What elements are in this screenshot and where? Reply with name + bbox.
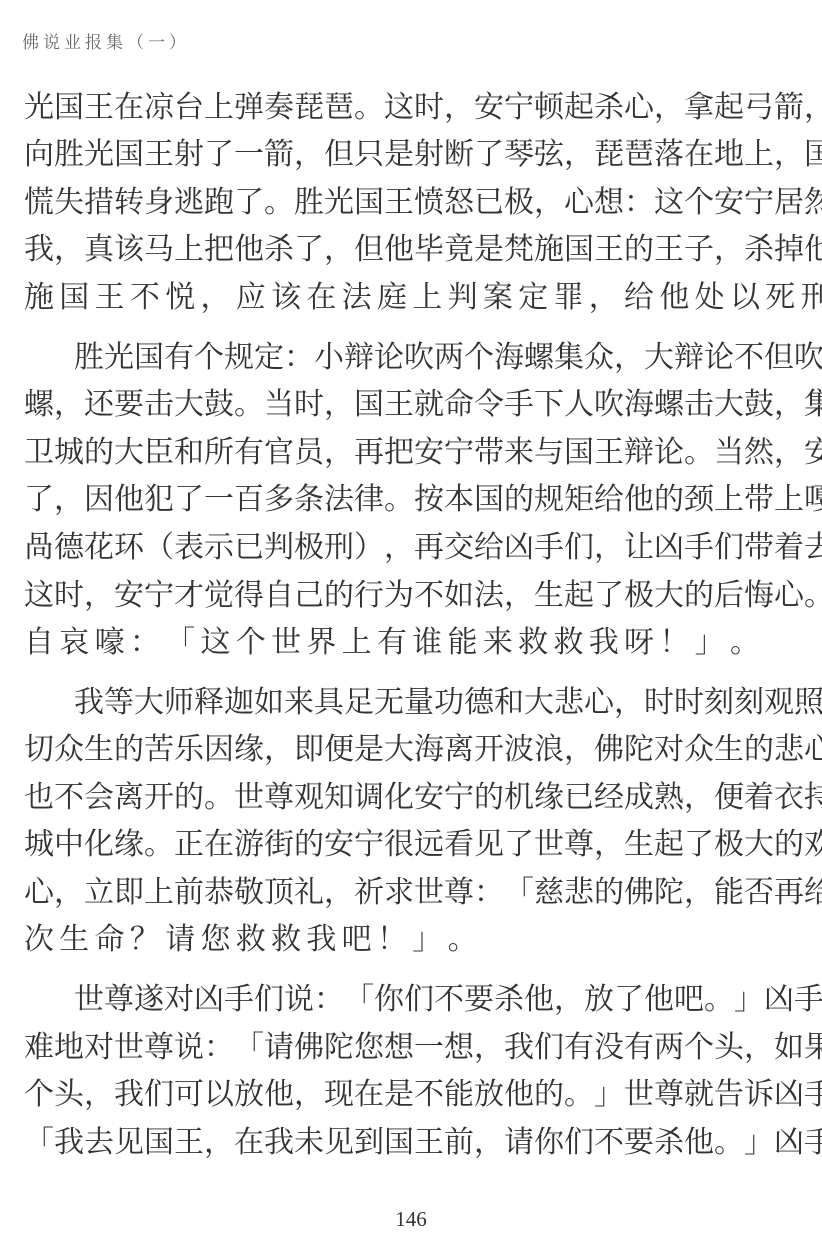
glyph: 一 [204, 480, 234, 520]
glyph: 命 [95, 920, 125, 960]
glyph: 正 [174, 825, 204, 865]
glyph: 杀 [654, 1123, 684, 1163]
glyph: 失 [54, 183, 84, 223]
glyph: 有 [234, 433, 264, 473]
glyph: 尊 [564, 825, 594, 865]
glyph: 王 [414, 1123, 444, 1163]
glyph: 机 [504, 778, 534, 818]
glyph: 以 [204, 1075, 234, 1115]
glyph: ： [204, 1028, 234, 1068]
glyph: 螺 [654, 385, 684, 425]
glyph: 诉 [744, 1075, 774, 1115]
glyph: 不 [434, 980, 464, 1020]
glyph: 王 [84, 88, 114, 128]
glyph: 的 [624, 230, 654, 270]
glyph: ， [714, 230, 744, 270]
glyph: 这 [654, 183, 684, 223]
glyph: 辩 [624, 433, 654, 473]
text-line: 城中化缘。正在游街的安宁很远看见了世尊，生起了极大的欢喜 [24, 825, 802, 865]
glyph: 在 [306, 278, 336, 318]
glyph: 极 [504, 183, 534, 223]
glyph: 开 [144, 778, 174, 818]
glyph: 上 [144, 873, 174, 913]
glyph: 琶 [624, 135, 654, 175]
glyph: 再 [354, 433, 384, 473]
glyph: 他 [644, 980, 674, 1020]
running-header: 佛说业报集（一） [22, 28, 190, 53]
glyph: 毕 [414, 230, 444, 270]
glyph: 这 [384, 88, 414, 128]
glyph: 在 [354, 1075, 384, 1115]
glyph: 刻 [704, 683, 734, 723]
glyph: 生 [624, 825, 654, 865]
glyph: 浪 [534, 730, 564, 770]
glyph: 自 [264, 576, 294, 616]
glyph: 他 [504, 1075, 534, 1115]
glyph: 和 [174, 433, 204, 473]
glyph: 自 [24, 623, 54, 663]
glyph: 们 [254, 980, 284, 1020]
glyph: 没 [594, 1028, 624, 1068]
glyph: ， [684, 873, 714, 913]
glyph: 就 [684, 1075, 714, 1115]
glyph: 观 [764, 683, 794, 723]
glyph: 前 [444, 1123, 474, 1163]
glyph: 的 [324, 576, 354, 616]
glyph: 的 [774, 825, 804, 865]
glyph: 他 [624, 480, 654, 520]
glyph: 上 [714, 480, 744, 520]
glyph: 击 [144, 385, 174, 425]
glyph: 按 [414, 480, 444, 520]
glyph: 尊 [264, 778, 294, 818]
text-line: 也不会离开的。世尊观知调化安宁的机缘已经成熟，便着衣持钵去 [24, 778, 802, 818]
glyph: 令 [474, 385, 504, 425]
glyph: 次 [24, 920, 54, 960]
glyph: 。 [804, 576, 822, 616]
glyph: ， [324, 873, 354, 913]
glyph: 王 [174, 1123, 204, 1163]
glyph: 化 [84, 825, 114, 865]
glyph: 生 [84, 730, 114, 770]
glyph: 救 [236, 920, 266, 960]
glyph: 定 [254, 338, 284, 378]
glyph: 给 [594, 480, 624, 520]
glyph: 多 [264, 480, 294, 520]
glyph: 上 [174, 230, 204, 270]
glyph: 来 [284, 683, 314, 723]
glyph: 了 [594, 576, 624, 616]
glyph: 鼓 [744, 385, 774, 425]
glyph: 头 [714, 1028, 744, 1068]
glyph: 罪 [553, 278, 583, 318]
glyph: ： [474, 873, 504, 913]
glyph: 国 [564, 230, 594, 270]
glyph: 跑 [204, 183, 234, 223]
glyph: 吹 [594, 385, 624, 425]
glyph: 的 [684, 576, 714, 616]
glyph: 上 [342, 623, 372, 663]
glyph: 小 [314, 338, 344, 378]
glyph: 悲 [554, 683, 584, 723]
glyph: 吹 [404, 338, 434, 378]
glyph: 佛 [594, 730, 624, 770]
glyph: 他 [264, 1075, 294, 1115]
glyph: 王 [384, 385, 414, 425]
glyph: 大 [744, 825, 774, 865]
glyph: 世 [234, 778, 264, 818]
glyph: ， [324, 385, 354, 425]
glyph: 手 [224, 980, 254, 1020]
glyph: 己 [294, 576, 324, 616]
glyph: 琶 [324, 88, 354, 128]
glyph: 大 [644, 338, 674, 378]
glyph: 迦 [224, 683, 254, 723]
text-line: 螺，还要击大鼓。当时，国王就命令手下人吹海螺击大鼓，集中舍 [24, 385, 802, 425]
glyph: 果 [804, 1028, 822, 1068]
glyph: 掉 [774, 230, 804, 270]
glyph: 胜 [74, 338, 104, 378]
glyph: 刑 [801, 278, 822, 318]
glyph: 功 [434, 683, 464, 723]
glyph: 难 [24, 1028, 54, 1068]
glyph: 论 [374, 338, 404, 378]
glyph: 。 [264, 183, 294, 223]
glyph: 上 [774, 480, 804, 520]
glyph: 宁 [444, 778, 474, 818]
glyph: 示 [204, 528, 234, 568]
glyph: 真 [84, 230, 114, 270]
glyph: 只 [354, 135, 384, 175]
glyph: ， [654, 88, 684, 128]
glyph: 身 [144, 183, 174, 223]
glyph: 凶 [774, 1075, 804, 1115]
glyph: 不 [130, 278, 160, 318]
glyph: 大 [384, 730, 414, 770]
glyph: 的 [474, 778, 504, 818]
glyph: 集 [804, 385, 822, 425]
glyph: 想 [384, 1028, 414, 1068]
glyph: 足 [344, 683, 374, 723]
glyph: 射 [174, 135, 204, 175]
glyph: ， [84, 1075, 114, 1115]
glyph: 王 [594, 230, 624, 270]
glyph: 生 [59, 920, 89, 960]
glyph: ， [614, 683, 644, 723]
glyph: 起 [564, 88, 594, 128]
glyph: 去 [804, 528, 822, 568]
text-line: 我等大师释迦如来具足无量功德和大悲心，时时刻刻观照着一 [74, 683, 802, 723]
glyph: 向 [24, 135, 54, 175]
glyph: 您 [354, 1028, 384, 1068]
glyph: 众 [684, 730, 714, 770]
glyph: 了 [684, 825, 714, 865]
glyph: 」 [734, 980, 764, 1020]
glyph: 经 [594, 778, 624, 818]
glyph: 我 [504, 1028, 534, 1068]
glyph: 应 [236, 278, 266, 318]
glyph: ： [624, 183, 654, 223]
glyph: 奏 [264, 88, 294, 128]
text-line: 慌失措转身逃跑了。胜光国王愤怒已极，心想：这个安宁居然要杀 [24, 183, 802, 223]
glyph: 安 [714, 183, 744, 223]
glyph: 凉 [144, 88, 174, 128]
glyph: 处 [695, 278, 725, 318]
glyph: 。 [684, 433, 714, 473]
glyph: ， [264, 730, 294, 770]
glyph: 也 [24, 778, 54, 818]
glyph: 带 [474, 433, 504, 473]
glyph: 的 [534, 1075, 564, 1115]
glyph: 时 [294, 385, 324, 425]
glyph: 德 [464, 683, 494, 723]
glyph: 我 [264, 1123, 294, 1163]
glyph: 箭 [264, 135, 294, 175]
glyph: 欢 [804, 825, 822, 865]
glyph: 照 [794, 683, 822, 723]
glyph: 世 [414, 873, 444, 913]
glyph: 大 [714, 385, 744, 425]
glyph: 悲 [774, 730, 804, 770]
glyph: 就 [414, 385, 444, 425]
glyph: 愤 [414, 183, 444, 223]
glyph: 们 [714, 528, 744, 568]
glyph: 有 [377, 623, 407, 663]
glyph: 我 [24, 230, 54, 270]
glyph: 逃 [174, 183, 204, 223]
glyph: 当 [714, 433, 744, 473]
glyph: 台 [174, 88, 204, 128]
glyph: 员 [294, 433, 324, 473]
glyph: 案 [483, 278, 513, 318]
glyph: 刻 [734, 683, 764, 723]
glyph: 救 [553, 623, 583, 663]
glyph: 知 [324, 778, 354, 818]
glyph: 现 [324, 1075, 354, 1115]
glyph: 开 [474, 730, 504, 770]
glyph: 悔 [744, 576, 774, 616]
glyph: 行 [354, 576, 384, 616]
glyph: 凶 [774, 1123, 804, 1163]
glyph: 不 [414, 576, 444, 616]
glyph: 凶 [504, 528, 534, 568]
glyph: 你 [534, 1123, 564, 1163]
glyph: 「 [165, 623, 195, 663]
glyph: 街 [264, 825, 294, 865]
glyph: 官 [264, 433, 294, 473]
glyph: 光 [104, 338, 134, 378]
glyph: 该 [271, 278, 301, 318]
glyph: 吧 [342, 920, 372, 960]
glyph: 祈 [354, 873, 384, 913]
glyph: 个 [684, 1028, 714, 1068]
glyph: 心 [564, 183, 594, 223]
glyph: 礼 [294, 873, 324, 913]
glyph: 我 [589, 623, 619, 663]
glyph: 宁 [444, 433, 474, 473]
glyph: 海 [494, 338, 524, 378]
glyph: 大 [174, 385, 204, 425]
glyph: 看 [444, 825, 474, 865]
glyph: 与 [534, 433, 564, 473]
glyph: 师 [164, 683, 194, 723]
glyph: 国 [354, 183, 384, 223]
text-line: 切众生的苦乐因缘，即便是大海离开波浪，佛陀对众生的悲心刹那 [24, 730, 802, 770]
glyph: 可 [174, 1075, 204, 1115]
glyph: 刑 [324, 528, 354, 568]
glyph: 要 [624, 1123, 654, 1163]
glyph: 敬 [234, 873, 264, 913]
glyph: 告 [714, 1075, 744, 1115]
glyph: 想 [444, 1028, 474, 1068]
glyph: 们 [144, 1075, 174, 1115]
glyph: 能 [444, 1075, 474, 1115]
glyph: 矩 [564, 480, 594, 520]
glyph: 时 [54, 576, 84, 616]
glyph: 安 [324, 825, 354, 865]
glyph: 琵 [594, 135, 624, 175]
glyph: 无 [374, 683, 404, 723]
glyph: 具 [314, 683, 344, 723]
glyph: 箭 [774, 88, 804, 128]
glyph: ， [384, 528, 414, 568]
glyph: 心 [624, 88, 654, 128]
glyph: 辩 [674, 338, 704, 378]
glyph: 施 [534, 230, 564, 270]
glyph: 顿 [534, 88, 564, 128]
glyph: 犯 [144, 480, 174, 520]
text-line: 胜光国有个规定：小辩论吹两个海螺集众，大辩论不但吹海 [74, 338, 802, 378]
glyph: 陀 [624, 730, 654, 770]
glyph: 国 [804, 135, 822, 175]
glyph: 已 [474, 183, 504, 223]
glyph: 安 [804, 433, 822, 473]
glyph: 的 [114, 730, 144, 770]
glyph: 要 [464, 980, 494, 1020]
glyph: 有 [624, 1028, 654, 1068]
glyph: 我 [114, 1075, 144, 1115]
glyph: 缘 [114, 825, 144, 865]
glyph: 说 [284, 980, 314, 1020]
glyph: 在 [204, 825, 234, 865]
glyph: 起 [654, 825, 684, 865]
glyph: 我 [54, 1123, 84, 1163]
glyph: 但 [324, 135, 354, 175]
glyph: 时 [414, 88, 444, 128]
glyph: 环 [114, 528, 144, 568]
glyph: 光 [24, 88, 54, 128]
glyph: 百 [234, 480, 264, 520]
glyph: 请 [264, 1028, 294, 1068]
glyph: 杀 [264, 230, 294, 270]
glyph: 未 [294, 1123, 324, 1163]
glyph: 」 [744, 1123, 774, 1163]
glyph: 悲 [564, 873, 594, 913]
glyph: 对 [164, 980, 194, 1020]
glyph: 手 [684, 528, 714, 568]
glyph: 竟 [444, 230, 474, 270]
glyph: ， [589, 278, 619, 318]
glyph: 已 [234, 528, 264, 568]
glyph: 缘 [234, 730, 264, 770]
glyph: 但 [764, 338, 794, 378]
glyph: ， [294, 1075, 324, 1115]
glyph: 在 [114, 88, 144, 128]
glyph: 一 [414, 1028, 444, 1068]
glyph: 界 [306, 623, 336, 663]
glyph: 们 [404, 980, 434, 1020]
glyph: ， [324, 433, 354, 473]
glyph: 时 [644, 683, 674, 723]
glyph: 胜 [294, 183, 324, 223]
glyph: 王 [144, 135, 174, 175]
glyph: 和 [494, 683, 524, 723]
glyph: 后 [714, 576, 744, 616]
glyph: ： [130, 623, 160, 663]
glyph: 杀 [494, 980, 524, 1020]
glyph: 了 [614, 980, 644, 1020]
glyph: 王 [594, 433, 624, 473]
glyph: ， [54, 480, 84, 520]
glyph: 对 [654, 730, 684, 770]
glyph: 起 [564, 576, 594, 616]
glyph: 。 [714, 1123, 744, 1163]
glyph: 他 [524, 980, 554, 1020]
glyph: 让 [624, 528, 654, 568]
text-line: 光国王在凉台上弹奏琵琶。这时，安宁顿起杀心，拿起弓箭，张弓 [24, 88, 802, 128]
glyph: 着 [774, 528, 804, 568]
glyph: 然 [804, 183, 822, 223]
glyph: 们 [534, 1028, 564, 1068]
glyph: 波 [504, 730, 534, 770]
glyph: 地 [54, 1028, 84, 1068]
glyph: 但 [354, 230, 384, 270]
glyph: 量 [404, 683, 434, 723]
glyph: 。 [144, 825, 174, 865]
glyph: 放 [584, 980, 614, 1020]
glyph: 如 [254, 683, 284, 723]
glyph: 」 [412, 920, 442, 960]
glyph: 苦 [144, 730, 174, 770]
glyph: 如 [774, 1028, 804, 1068]
glyph: 施 [24, 278, 54, 318]
glyph: 国 [114, 135, 144, 175]
glyph: 转 [114, 183, 144, 223]
glyph: 了 [174, 480, 204, 520]
glyph: ， [774, 385, 804, 425]
glyph: 众 [54, 730, 84, 770]
glyph: 两 [434, 338, 464, 378]
glyph: 手 [504, 385, 534, 425]
glyph: ， [684, 778, 714, 818]
glyph: 再 [774, 873, 804, 913]
glyph: 怒 [444, 183, 474, 223]
glyph: ， [324, 230, 354, 270]
glyph: 国 [134, 338, 164, 378]
glyph: 国 [354, 385, 384, 425]
glyph: 尊 [654, 1075, 684, 1115]
glyph: 是 [474, 230, 504, 270]
glyph: 」 [695, 623, 725, 663]
glyph: 生 [714, 730, 744, 770]
glyph: 。 [354, 88, 384, 128]
glyph: 琴 [504, 135, 534, 175]
glyph: 卫 [24, 433, 54, 473]
glyph: 们 [564, 1123, 594, 1163]
glyph: 杀 [744, 230, 774, 270]
glyph: 人 [564, 385, 594, 425]
glyph: 能 [714, 873, 744, 913]
